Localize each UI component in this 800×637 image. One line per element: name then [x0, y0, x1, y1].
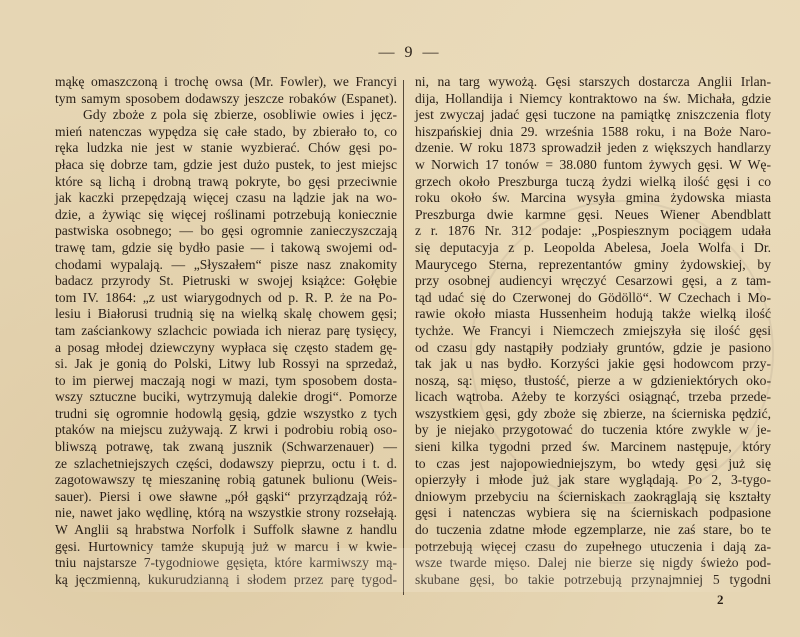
text-line: Gdy zboże z pola się zbierze, osobliwie …: [55, 107, 397, 124]
page-number: — 9 —: [370, 44, 450, 62]
column-divider: [403, 80, 404, 595]
text-line: wsze twarde mięso. Dalej nie bierze się …: [415, 555, 771, 572]
text-line: płaca się dobrze tam, gdzie jest dużo pu…: [55, 157, 397, 174]
text-line: mąkę omaszczoną i trochę owsa (Mr. Fowle…: [55, 74, 397, 91]
text-line: tychże. We Francyi i Niemczech zmiejszył…: [415, 323, 771, 340]
text-line: tniu najstarsze 7-tygodniowe gęsięta, kt…: [55, 555, 397, 572]
text-line: si. Jak je gonią do Polski, Litwy lub Ro…: [55, 356, 397, 373]
text-line: chodami wypalają. — „Słyszałem“ pisze na…: [55, 257, 397, 274]
left-column: mąkę omaszczoną i trochę owsa (Mr. Fowle…: [55, 74, 397, 588]
text-line: ptaków na miejscu zużywają. Z krwi i pod…: [55, 422, 397, 439]
text-line: grzech około Preszburga tuczą żydzi wiel…: [415, 174, 771, 191]
text-line: w Norwich 17 tonów = 38.080 funtom żywyc…: [415, 157, 771, 174]
text-line: się deputacyja z p. Leopolda Abelesa, Jo…: [415, 240, 771, 257]
text-line: a posag młodej dziewczyny wypłaca się cz…: [55, 340, 397, 357]
text-line: trudni się ogromnie hodowlą gęsią, gdzie…: [55, 406, 397, 423]
text-line: tom IV. 1864: „z ust wiarygodnych od p. …: [55, 290, 397, 307]
text-line: dniowym przebyciu na ścierniskach zaokrą…: [415, 489, 771, 506]
text-line: hiszpańskiej dnia 29. września 1588 roku…: [415, 124, 771, 141]
text-line: nie, nawet jako wędlinę, którą na wszyst…: [55, 505, 397, 522]
text-line: dzie, a żywiąc się więcej roślinami potr…: [55, 207, 397, 224]
text-line: roku około św. Marcina wysyła gmina żydo…: [415, 190, 771, 207]
text-line: to czas jest najopowiedniejszym, bo wted…: [415, 456, 771, 473]
text-line: przy osobnej audiencyi wręczyć Cesarzowi…: [415, 273, 771, 290]
text-line: gęsi. Hurtownicy tamże skupują już w mar…: [55, 539, 397, 556]
text-line: badacz przyrody St. Pietruski w swojej k…: [55, 273, 397, 290]
text-line: które są lichą i drobną trawą pokryte, b…: [55, 174, 397, 191]
text-line: to im pierwej maczają nogi w mazi, tym s…: [55, 373, 397, 390]
text-line: jak kaczki przepędzają więcej czasu na l…: [55, 190, 397, 207]
text-line: ką jęczmienną, kukurudzianną i słodem pr…: [55, 572, 397, 589]
text-line: zagotowawszy tę mieszaninę robią gatunek…: [55, 472, 397, 489]
text-line: tym samym sposobem dodawszy jeszcze roba…: [55, 91, 397, 108]
text-line: W Anglii są hrabstwa Norfolk i Suffolk s…: [55, 522, 397, 539]
text-line: skubane gęsi, bo takie potrzebują przyna…: [415, 572, 771, 589]
text-line: noszą, są: mięso, tłustość, pierze a w g…: [415, 373, 771, 390]
text-line: dzenie. W roku 1873 sprowadził jeden z w…: [415, 140, 771, 157]
text-line: tak jak u nas bydło. Korzyści jakie gęsi…: [415, 356, 771, 373]
text-line: wszystkiem gęsi, gdy zboże się zbierze, …: [415, 406, 771, 423]
text-line: Maurycego Sterna, reprezentantów gminy ż…: [415, 257, 771, 274]
text-line: bliwszą potrawę, tak zwaną jusznik (Schw…: [55, 439, 397, 456]
text-line: opierzyły i młode już jak stare wyglądaj…: [415, 472, 771, 489]
text-line: potrzebują więcej czasu do zupełnego utu…: [415, 539, 771, 556]
text-line: gęsi i natenczas wybiera się na ściernis…: [415, 505, 771, 522]
text-line: od czasu gdy nastąpiły podziały gruntów,…: [415, 340, 771, 357]
text-line: do tuczenia zdatne młode egzemplarze, ni…: [415, 522, 771, 539]
text-line: tam zaściankowy szlachcic powiada ich ni…: [55, 323, 397, 340]
text-line: licach wątroba. Ażeby te korzyści osiągn…: [415, 389, 771, 406]
text-line: z r. 1876 Nr. 312 podaje: „Pospiesznym p…: [415, 223, 771, 240]
text-line: sauer). Piersi i owe sławne „pół gąski“ …: [55, 489, 397, 506]
text-line: dija, Hollandija i Niemcy kontraktowo na…: [415, 91, 771, 108]
text-line: by je niejako przygotować do tuczenia kt…: [415, 422, 771, 439]
text-line: pastwiska osobnego; — bo gęsi ogromnie z…: [55, 223, 397, 240]
text-line: tąd udać się do Czerwonej do Gödöllö“. W…: [415, 290, 771, 307]
text-line: ze szlachetniejszych części, dodawszy pi…: [55, 456, 397, 473]
text-line: lesiu i Białorusi trudnią się na wielką …: [55, 306, 397, 323]
text-line: rawie około miasta Hussenheim hodują tak…: [415, 306, 771, 323]
right-column: ni, na targ wywożą. Gęsi starszych dosta…: [415, 74, 771, 588]
text-line: jest zwyczaj jadać gęsi tuczone na pamią…: [415, 107, 771, 124]
text-line: mień natenczas wypędza się całe stado, b…: [55, 124, 397, 141]
text-line: wszy sztuczne buciki, wytrzymują dalekie…: [55, 389, 397, 406]
text-line: ni, na targ wywożą. Gęsi starszych dosta…: [415, 74, 771, 91]
text-line: ręka ludzka nie jest w stanie wyzbierać.…: [55, 140, 397, 157]
text-line: sieni kilka tygodni przed św. Marcinem n…: [415, 439, 771, 456]
text-line: Preszburga dwie karmne gęsi. Neues Wiene…: [415, 207, 771, 224]
text-line: trawę tam, gdzie się bydło pasie — i tak…: [55, 240, 397, 257]
signature-mark: 2: [717, 592, 724, 608]
